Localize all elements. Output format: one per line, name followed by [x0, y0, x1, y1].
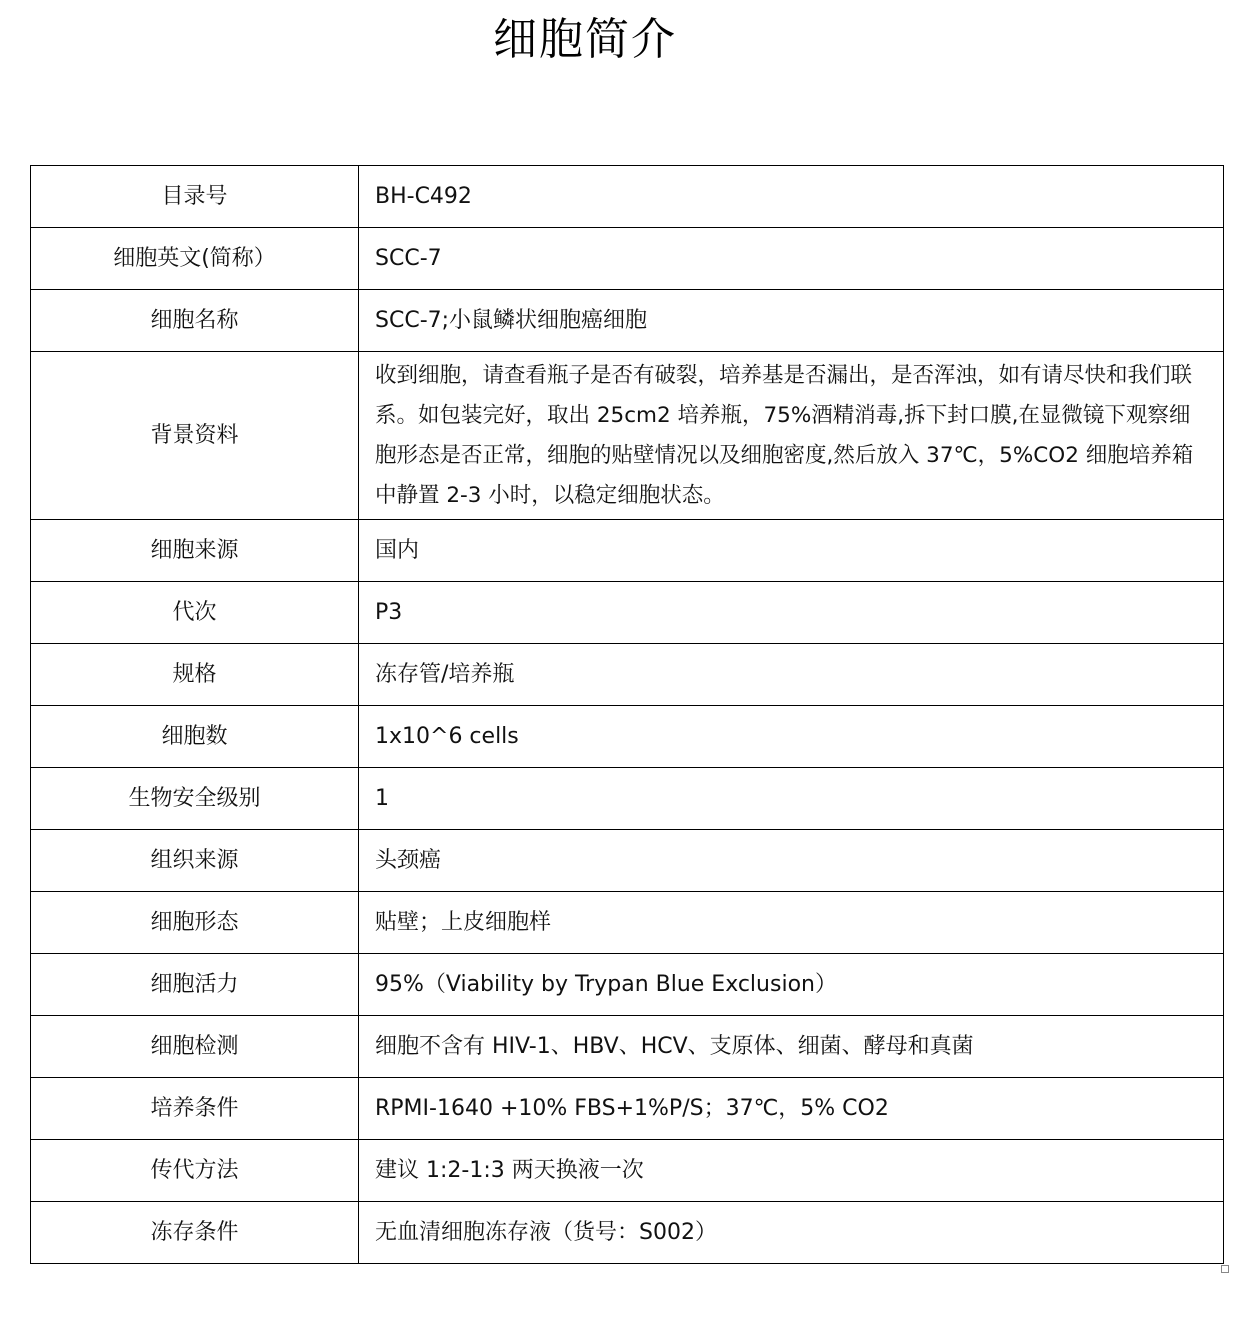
row-value: 1x10^6 cells	[359, 706, 1224, 768]
table-row: 细胞检测 细胞不含有 HIV-1、HBV、HCV、支原体、细菌、酵母和真菌	[31, 1016, 1224, 1078]
row-label: 生物安全级别	[31, 768, 359, 830]
table-resize-handle[interactable]	[1221, 1265, 1229, 1273]
page-title: 细胞简介	[0, 10, 1170, 70]
table-row: 细胞英文(简称） SCC-7	[31, 228, 1224, 290]
table-row: 细胞活力 95%（Viability by Trypan Blue Exclus…	[31, 954, 1224, 1016]
row-label: 细胞名称	[31, 290, 359, 352]
row-value: 贴壁；上皮细胞样	[359, 892, 1224, 954]
row-label: 规格	[31, 644, 359, 706]
row-label: 细胞来源	[31, 520, 359, 582]
table-row: 细胞来源 国内	[31, 520, 1224, 582]
row-value: SCC-7;小鼠鳞状细胞癌细胞	[359, 290, 1224, 352]
row-label: 细胞检测	[31, 1016, 359, 1078]
row-value: 95%（Viability by Trypan Blue Exclusion）	[359, 954, 1224, 1016]
row-value: 头颈癌	[359, 830, 1224, 892]
table-row: 培养条件 RPMI-1640 +10% FBS+1%P/S；37℃，5% CO2	[31, 1078, 1224, 1140]
table-row: 代次 P3	[31, 582, 1224, 644]
row-value: 建议 1:2-1:3 两天换液一次	[359, 1140, 1224, 1202]
row-value: 收到细胞，请查看瓶子是否有破裂，培养基是否漏出，是否浑浊，如有请尽快和我们联系。…	[359, 352, 1224, 520]
cell-info-table: 目录号 BH-C492 细胞英文(简称） SCC-7 细胞名称 SCC-7;小鼠…	[30, 165, 1224, 1264]
row-label: 培养条件	[31, 1078, 359, 1140]
row-value: 无血清细胞冻存液（货号：S002）	[359, 1202, 1224, 1264]
row-value: 冻存管/培养瓶	[359, 644, 1224, 706]
row-label: 细胞英文(简称）	[31, 228, 359, 290]
row-value: BH-C492	[359, 166, 1224, 228]
row-label: 细胞数	[31, 706, 359, 768]
table-row: 细胞数 1x10^6 cells	[31, 706, 1224, 768]
row-value: RPMI-1640 +10% FBS+1%P/S；37℃，5% CO2	[359, 1078, 1224, 1140]
row-label: 目录号	[31, 166, 359, 228]
row-label: 代次	[31, 582, 359, 644]
table-row: 背景资料 收到细胞，请查看瓶子是否有破裂，培养基是否漏出，是否浑浊，如有请尽快和…	[31, 352, 1224, 520]
row-label: 冻存条件	[31, 1202, 359, 1264]
row-value: SCC-7	[359, 228, 1224, 290]
row-value: 1	[359, 768, 1224, 830]
table-row: 冻存条件 无血清细胞冻存液（货号：S002）	[31, 1202, 1224, 1264]
row-value: 细胞不含有 HIV-1、HBV、HCV、支原体、细菌、酵母和真菌	[359, 1016, 1224, 1078]
row-value: P3	[359, 582, 1224, 644]
table-row: 细胞名称 SCC-7;小鼠鳞状细胞癌细胞	[31, 290, 1224, 352]
table-row: 组织来源 头颈癌	[31, 830, 1224, 892]
table-row: 生物安全级别 1	[31, 768, 1224, 830]
table-row: 细胞形态 贴壁；上皮细胞样	[31, 892, 1224, 954]
row-label: 细胞形态	[31, 892, 359, 954]
row-label: 细胞活力	[31, 954, 359, 1016]
row-label: 传代方法	[31, 1140, 359, 1202]
table-row: 目录号 BH-C492	[31, 166, 1224, 228]
table-row: 传代方法 建议 1:2-1:3 两天换液一次	[31, 1140, 1224, 1202]
row-value: 国内	[359, 520, 1224, 582]
row-label: 背景资料	[31, 352, 359, 520]
row-label: 组织来源	[31, 830, 359, 892]
table-row: 规格 冻存管/培养瓶	[31, 644, 1224, 706]
